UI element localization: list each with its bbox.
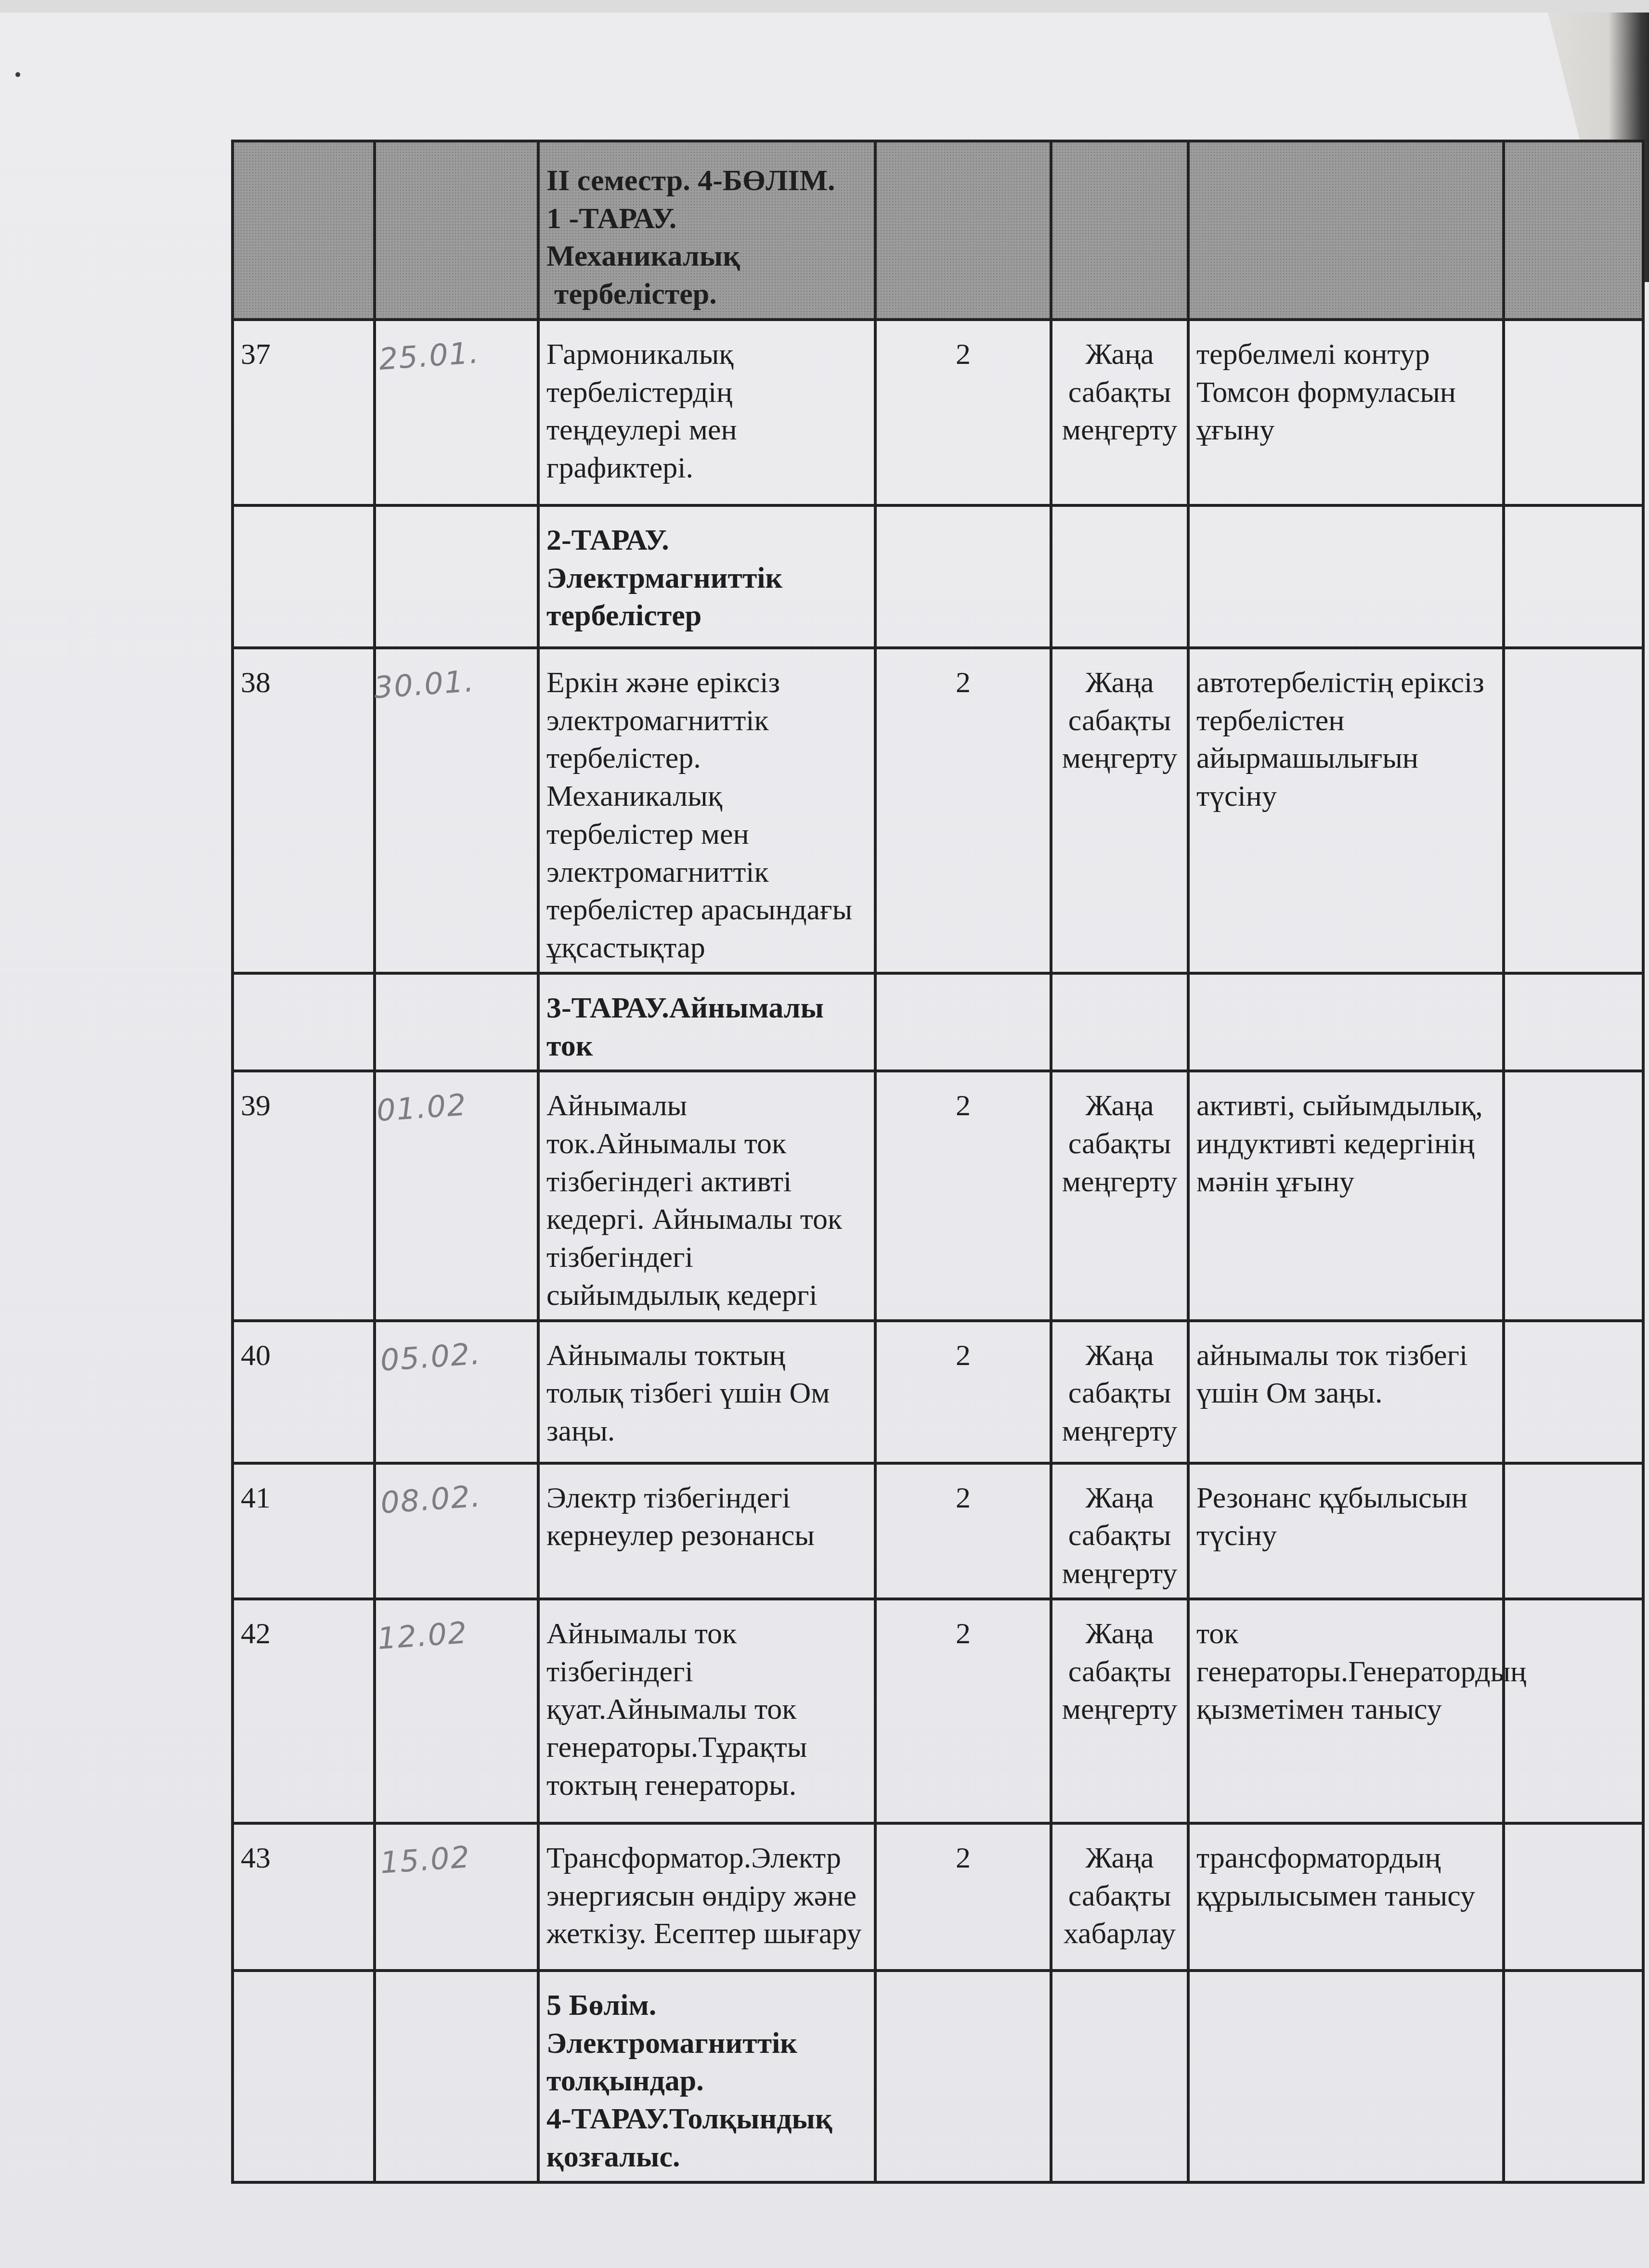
lesson-note [1504, 1321, 1643, 1463]
semester-title-line: 1 -ТАРАУ. Механикалық [546, 200, 867, 275]
header-cell-type [1051, 141, 1188, 320]
section-title: 5 Бөлім. Электромагниттік толқындар. 4-Т… [538, 1971, 875, 2182]
table-row: 37 25.01. Гармоникалық тербелістердің те… [233, 320, 1643, 505]
lesson-goal: автотербелістің еріксіз тербелістен айыр… [1188, 648, 1504, 973]
lesson-note [1504, 1463, 1643, 1599]
empty-cell [375, 973, 538, 1071]
header-cell-number [233, 141, 375, 320]
table-row: 42 12.02 Айнымалы ток тізбегіндегі қуат.… [233, 1599, 1643, 1823]
lesson-note [1504, 1823, 1643, 1971]
lesson-note [1504, 1071, 1643, 1320]
lesson-topic: Айнымалы токтың толық тізбегі үшін Ом за… [538, 1321, 875, 1463]
header-cell-goal [1188, 141, 1504, 320]
section-row: 2-ТАРАУ. Электрмагниттік тербелістер [233, 505, 1643, 648]
handwritten-date: 25.01. [368, 314, 545, 511]
empty-cell [233, 1971, 375, 2182]
semester-header-row: II семестр. 4-БӨЛІМ. 1 -ТАРАУ. Механикал… [233, 141, 1643, 320]
lesson-number: 40 [233, 1321, 375, 1463]
lesson-topic: Трансформатор.Электр энергиясын өндіру ж… [538, 1823, 875, 1971]
table-row: 43 15.02 Трансформатор.Электр энергиясын… [233, 1823, 1643, 1971]
empty-cell [1188, 505, 1504, 648]
lesson-number: 39 [233, 1071, 375, 1320]
scanned-page: II семестр. 4-БӨЛІМ. 1 -ТАРАУ. Механикал… [0, 0, 1649, 2268]
lesson-goal: активті, сыйымдылық, индуктивті кедергін… [1188, 1071, 1504, 1320]
lesson-type: Жаңа сабақты хабарлау [1051, 1823, 1188, 1971]
lesson-type: Жаңа сабақты меңгерту [1051, 1071, 1188, 1320]
lesson-type: Жаңа сабақты меңгерту [1051, 1321, 1188, 1463]
empty-cell [875, 1971, 1051, 2182]
lesson-topic: Еркін және еріксіз электромагниттік терб… [538, 648, 875, 973]
section-title: 2-ТАРАУ. Электрмагниттік тербелістер [538, 505, 875, 648]
empty-cell [375, 1971, 538, 2182]
empty-cell [1504, 505, 1643, 648]
lesson-type: Жаңа сабақты меңгерту [1051, 648, 1188, 973]
handwritten-date: 15.02 [370, 1817, 544, 1976]
empty-cell [1188, 973, 1504, 1071]
lesson-plan-table: II семестр. 4-БӨЛІМ. 1 -ТАРАУ. Механикал… [231, 140, 1645, 2184]
semester-title-line: II семестр. 4-БӨЛІМ. [546, 162, 867, 200]
handwritten-date: 08.02. [370, 1457, 543, 1604]
header-cell-date [375, 141, 538, 320]
lesson-number: 37 [233, 320, 375, 505]
empty-cell [1188, 1971, 1504, 2182]
table-row: 39 01.02 Айнымалы ток.Айнымалы ток тізбе… [233, 1071, 1643, 1320]
empty-cell [233, 505, 375, 648]
lesson-type: Жаңа сабақты меңгерту [1051, 320, 1188, 505]
handwritten-date: 12.02 [367, 1594, 546, 1829]
lesson-topic: Электр тізбегіндегі кернеулер резонансы [538, 1463, 875, 1599]
lesson-hours: 2 [875, 1463, 1051, 1599]
lesson-topic: Айнымалы ток.Айнымалы ток тізбегіндегі а… [538, 1071, 875, 1320]
handwritten-date: 05.02. [370, 1315, 543, 1469]
lesson-hours: 2 [875, 1823, 1051, 1971]
table-row: 38 30.01. Еркін және еріксіз электромагн… [233, 648, 1643, 973]
lesson-number: 42 [233, 1599, 375, 1823]
semester-title-line: тербелістер. [546, 275, 867, 313]
lesson-number: 41 [233, 1463, 375, 1599]
empty-cell [1051, 973, 1188, 1071]
section-row: 3-ТАРАУ.Айнымалы ток [233, 973, 1643, 1071]
table-row: 41 08.02. Электр тізбегіндегі кернеулер … [233, 1463, 1643, 1599]
empty-cell [1051, 1971, 1188, 2182]
lesson-hours: 2 [875, 1321, 1051, 1463]
empty-cell [1504, 1971, 1643, 2182]
lesson-hours: 2 [875, 1599, 1051, 1823]
lesson-topic: Айнымалы ток тізбегіндегі қуат.Айнымалы … [538, 1599, 875, 1823]
lesson-hours: 2 [875, 320, 1051, 505]
lesson-hours: 2 [875, 648, 1051, 973]
lesson-goal: ток генераторы.Генератордың қызметімен т… [1188, 1599, 1504, 1823]
lesson-hours: 2 [875, 1071, 1051, 1320]
header-cell-hours [875, 141, 1051, 320]
lesson-goal: трансформатордың құрылысымен танысу [1188, 1823, 1504, 1971]
lesson-goal: Резонанс құбылысын түсіну [1188, 1463, 1504, 1599]
lesson-note [1504, 1599, 1643, 1823]
empty-cell [233, 973, 375, 1071]
empty-cell [1051, 505, 1188, 648]
header-cell-note [1504, 141, 1643, 320]
lesson-note [1504, 320, 1643, 505]
section-title-line: 5 Бөлім. Электромагниттік толқындар. [546, 1986, 867, 2100]
empty-cell [375, 505, 538, 648]
empty-cell [875, 973, 1051, 1071]
empty-cell [1504, 973, 1643, 1071]
semester-title: II семестр. 4-БӨЛІМ. 1 -ТАРАУ. Механикал… [538, 141, 875, 320]
lesson-topic: Гармоникалық тербелістердің теңдеулері м… [538, 320, 875, 505]
lesson-type: Жаңа сабақты меңгерту [1051, 1463, 1188, 1599]
stray-mark [15, 72, 20, 77]
lesson-note [1504, 648, 1643, 973]
section-title-line: 4-ТАРАУ.Толқындық қозғалыс. [546, 2100, 867, 2176]
scanner-edge [0, 0, 1649, 13]
lesson-number: 38 [233, 648, 375, 973]
table-row: 40 05.02. Айнымалы токтың толық тізбегі … [233, 1321, 1643, 1463]
section-row: 5 Бөлім. Электромагниттік толқындар. 4-Т… [233, 1971, 1643, 2182]
handwritten-date: 01.02 [366, 1066, 546, 1326]
lesson-goal: айнымалы ток тізбегі үшін Ом заңы. [1188, 1321, 1504, 1463]
empty-cell [875, 505, 1051, 648]
lesson-goal: тербелмелі контур Томсон формуласын ұғын… [1188, 320, 1504, 505]
lesson-number: 43 [233, 1823, 375, 1971]
lesson-type: Жаңа сабақты меңгерту [1051, 1599, 1188, 1823]
section-title: 3-ТАРАУ.Айнымалы ток [538, 973, 875, 1071]
handwritten-date: 30.01. [364, 643, 549, 979]
